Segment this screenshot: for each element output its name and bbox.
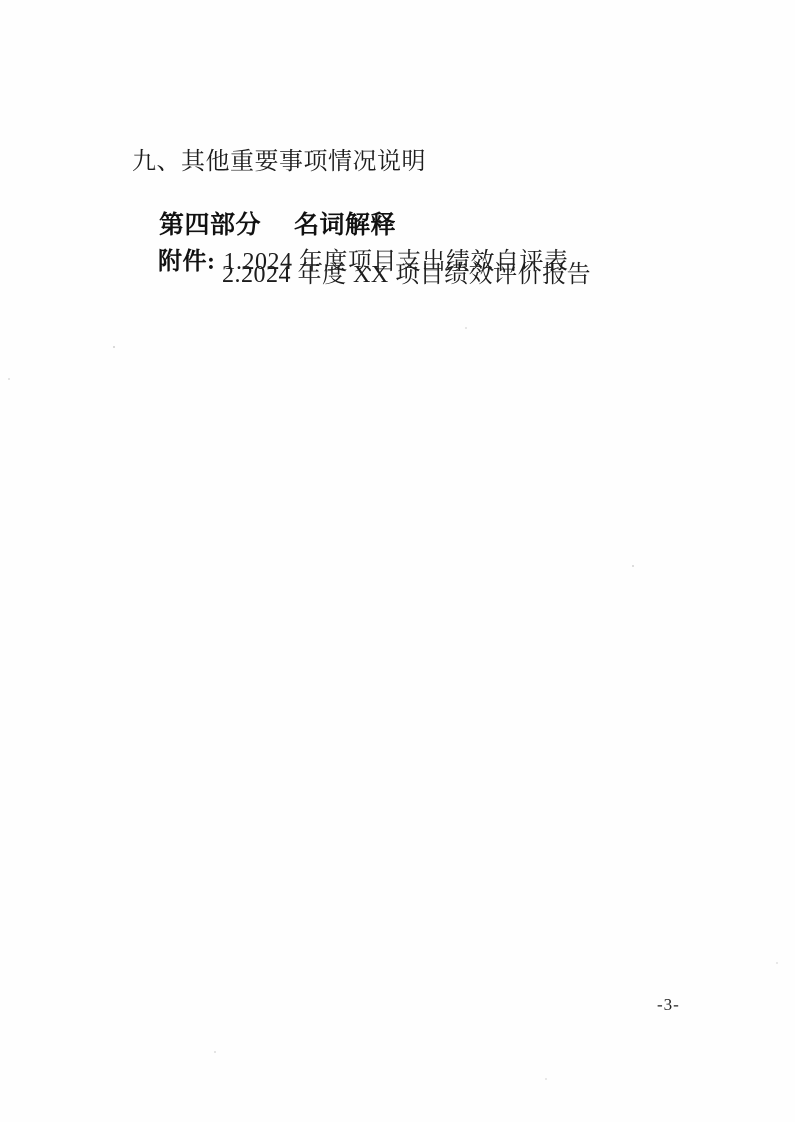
document-page: { "document": { "heading_other_items": "… (0, 0, 795, 1122)
heading-other-important-items: 九、其他重要事项情况说明 (132, 150, 426, 174)
scanned-page-background: 九、其他重要事项情况说明 第四部分名词解释 附件:1.2024 年度项目支出绩效… (0, 0, 795, 1122)
scan-noise-specks (0, 0, 2, 2)
attachment-label: 附件: (158, 249, 216, 275)
attachment-item-2: 2.2024 年度 XX 项目绩效评价报告 (222, 263, 591, 287)
page-number: -3- (657, 996, 680, 1013)
